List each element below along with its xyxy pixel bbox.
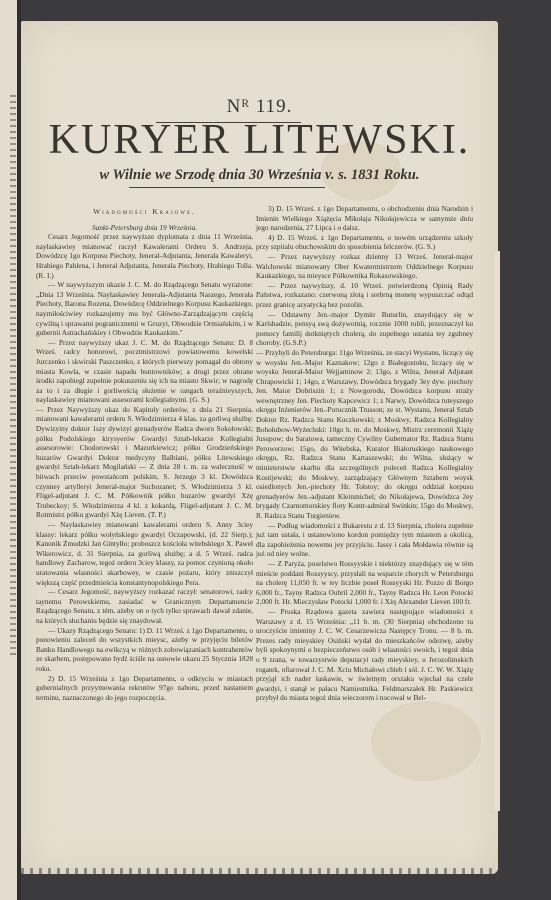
dateline: w Wilnie we Srzodę dnia 30 Września v. s… bbox=[21, 167, 498, 184]
article-paragraph: 2) D. 15 Września z 1go Departamentu, o … bbox=[36, 674, 253, 703]
article-paragraph: — Przez naywyższy rozkaz dzienny 13 Wrze… bbox=[256, 252, 473, 281]
article-paragraph: — Przez Naywyższy ukaz do Kapituły order… bbox=[36, 405, 253, 520]
paper-stain bbox=[371, 701, 481, 781]
city-dateline: Sankt-Petersburg dnia 19 Września. bbox=[36, 223, 253, 233]
article-paragraph: — Pruska Rządowa gazeta zawiera następuj… bbox=[256, 607, 473, 703]
article-paragraph: — Przybyli do Petersburga: 11go Września… bbox=[256, 348, 473, 521]
adjacent-page-text-fragments bbox=[10, 95, 16, 655]
newspaper-page: Nᴿ 119. KURYER LITEWSKI. w Wilnie we Srz… bbox=[21, 21, 498, 874]
article-paragraph: — Cesarz Jegomość, naywyższy rozkazać ra… bbox=[36, 587, 253, 625]
newspaper-title: KURYER LITEWSKI. bbox=[21, 119, 498, 161]
article-paragraph: — Ukazy Rządzącego Senatu: 1) D. 11 Wrze… bbox=[36, 626, 253, 674]
issue-number: Nᴿ 119. bbox=[21, 96, 498, 118]
article-paragraph: Cesarz Jegomość przez naywyższe dyplomat… bbox=[36, 232, 253, 280]
left-column: Wiadomości Krajowe. Sankt-Petersburg dni… bbox=[36, 207, 253, 702]
torn-bottom-edge bbox=[21, 868, 498, 880]
masthead-rule-bottom bbox=[129, 187, 325, 188]
article-paragraph: — Nayłaskawiey mianowani kawalerami orde… bbox=[36, 520, 253, 587]
adjacent-page-edge bbox=[0, 0, 17, 900]
article-paragraph: 3) D. 15 Wrześ. z 1go Departamentu, o ob… bbox=[256, 204, 473, 233]
section-heading: Wiadomości Krajowe. bbox=[36, 207, 253, 217]
article-paragraph: — Przez naywyższy ukaz J. C. M. do Rządz… bbox=[36, 338, 253, 405]
article-paragraph: 4) D. 15 Wrześ. z 1go Departamentu, o no… bbox=[256, 233, 473, 252]
article-paragraph: — W naywyższym ukazie J. C. M. do Rządzą… bbox=[36, 280, 253, 338]
article-paragraph: — Przez naywyższy, d. 10 Wrześ. potwierd… bbox=[256, 281, 473, 310]
article-paragraph: — Z Paryża, poselstwo Rossyyskie i niekt… bbox=[256, 559, 473, 607]
right-column: 3) D. 15 Wrześ. z 1go Departamentu, o ob… bbox=[256, 204, 473, 703]
article-paragraph: — Odstawny Jen.-major Dymitr Buturlin, z… bbox=[256, 310, 473, 348]
article-paragraph: — Podług wiadomości z Bukarestu z d. 13 … bbox=[256, 521, 473, 559]
